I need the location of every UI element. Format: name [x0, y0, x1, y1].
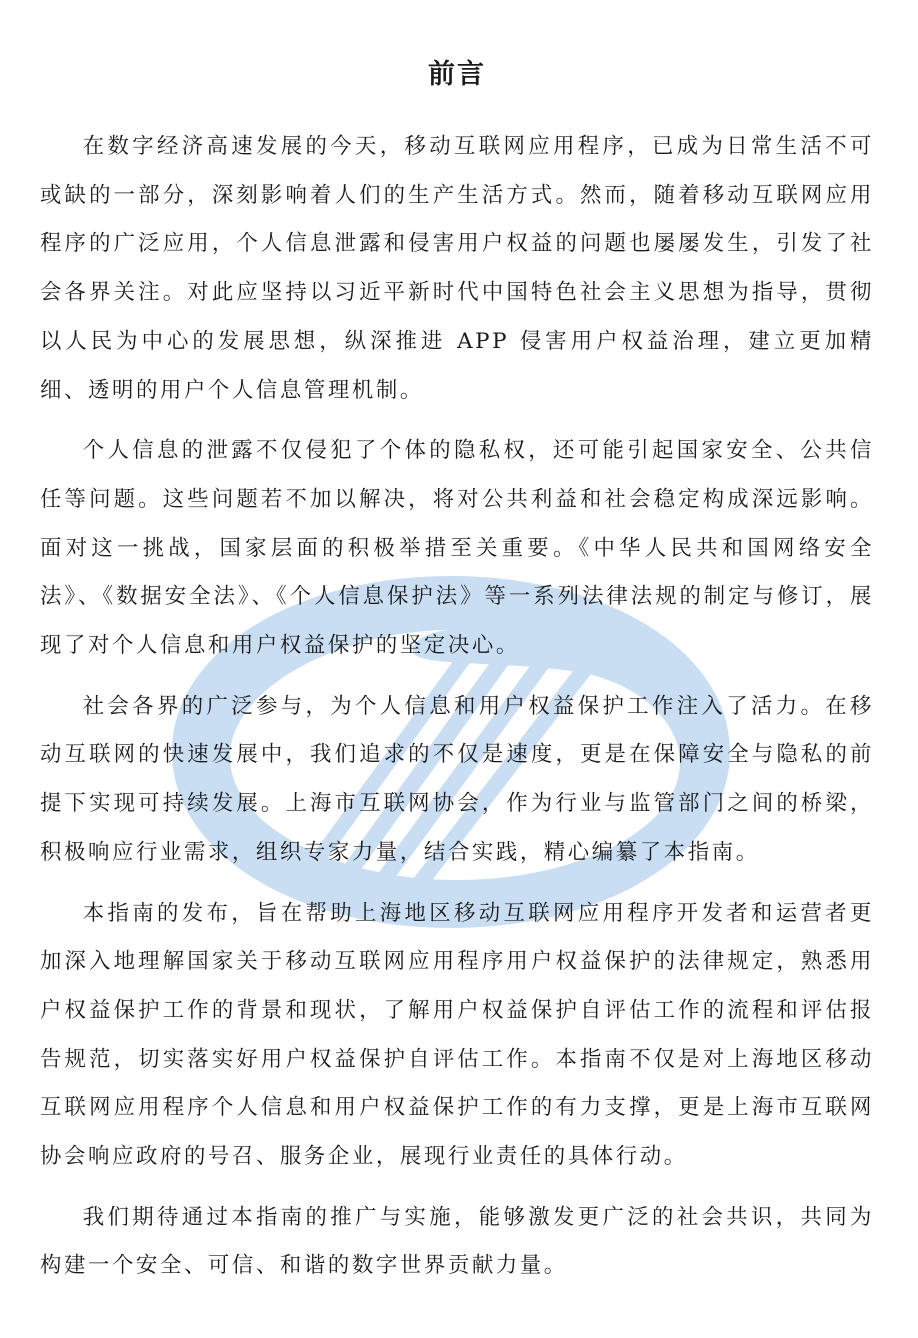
paragraph-5: 我们期待通过本指南的推广与实施，能够激发更广泛的社会共识，共同为构建一个安全、可…: [40, 1194, 874, 1291]
paragraph-1: 在数字经济高速发展的今天，移动互联网应用程序，已成为日常生活不可或缺的一部分，深…: [40, 123, 874, 415]
document-page: 前言 在数字经济高速发展的今天，移动互联网应用程序，已成为日常生活不可或缺的一部…: [0, 0, 918, 1291]
page-title: 前言: [40, 0, 874, 94]
paragraph-2: 个人信息的泄露不仅侵犯了个体的隐私权，还可能引起国家安全、公共信任等问题。这些问…: [40, 427, 874, 671]
paragraph-3: 社会各界的广泛参与，为个人信息和用户权益保护工作注入了活力。在移动互联网的快速发…: [40, 683, 874, 878]
paragraph-4: 本指南的发布，旨在帮助上海地区移动互联网应用程序开发者和运营者更加深入地理解国家…: [40, 890, 874, 1182]
